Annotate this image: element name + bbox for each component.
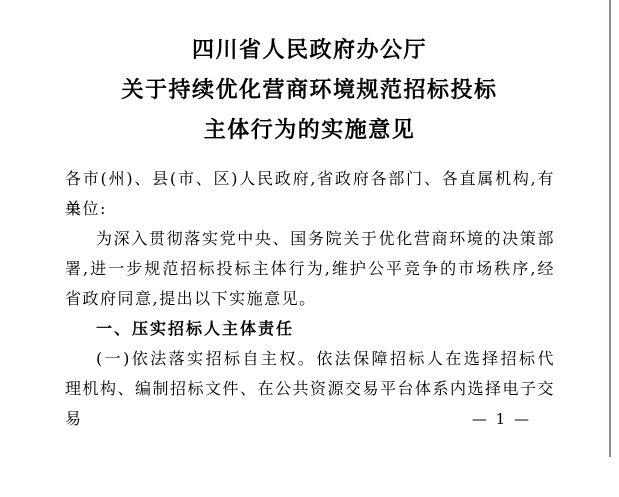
document-page: 四川省人民政府办公厅 关于持续优化营商环境规范招标投标 主体行为的实施意见 各市… [0,0,619,497]
document-title: 四川省人民政府办公厅 关于持续优化营商环境规范招标投标 主体行为的实施意见 [0,30,619,150]
paragraph1-line-2: 署,进一步规范招标投标主体行为,维护公平竞争的市场秩序,经 [65,254,555,284]
document-body: 各市(州)、县(市、区)人民政府,省政府各部门、各直属机构,有关 单位: 为深入… [65,164,555,434]
title-line-2: 关于持续优化营商环境规范招标投标 [0,70,619,110]
paragraph2-line-2: 理机构、编制招标文件、在公共资源交易平台体系内选择电子交易 [65,374,555,404]
page-number: — 1 — [65,404,555,434]
page-edge-line [609,0,611,457]
salutation-line-2: 单位: [65,194,555,224]
section1-heading: 一、压实招标人主体责任 [65,314,555,344]
paragraph1-line-3: 省政府同意,提出以下实施意见。 [65,284,555,314]
salutation-line-1: 各市(州)、县(市、区)人民政府,省政府各部门、各直属机构,有关 [65,164,555,194]
paragraph1-line-1: 为深入贯彻落实党中央、国务院关于优化营商环境的决策部 [65,224,555,254]
title-line-3: 主体行为的实施意见 [0,110,619,150]
paragraph2-line-1: (一)依法落实招标自主权。依法保障招标人在选择招标代 [65,344,555,374]
title-line-1: 四川省人民政府办公厅 [0,30,619,70]
